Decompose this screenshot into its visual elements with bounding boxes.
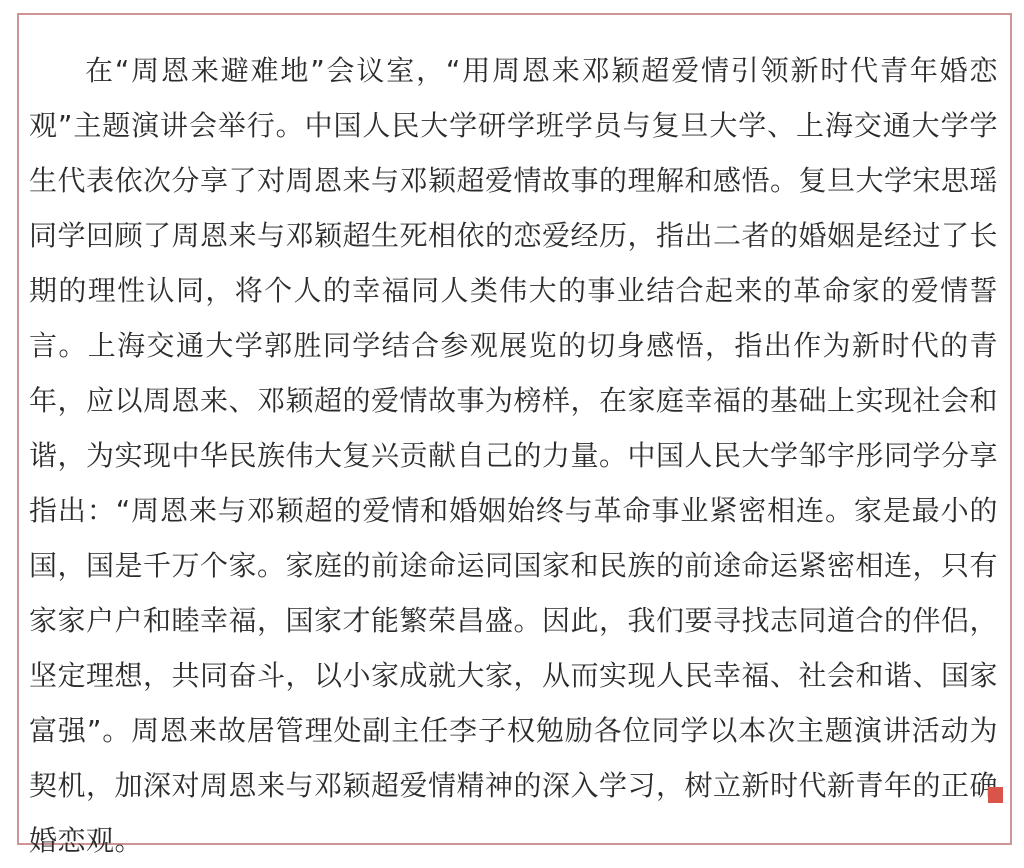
article-paragraph: 在“周恩来避难地”会议室，“用周恩来邓颖超爱情引领新时代青年婚恋观”主题演讲会举… (29, 43, 998, 868)
end-of-article-marker (988, 787, 1003, 803)
article-body: 在“周恩来避难地”会议室，“用周恩来邓颖超爱情引领新时代青年婚恋观”主题演讲会举… (29, 43, 998, 868)
article-page: 在“周恩来避难地”会议室，“用周恩来邓颖超爱情引领新时代青年婚恋观”主题演讲会举… (17, 13, 1012, 845)
